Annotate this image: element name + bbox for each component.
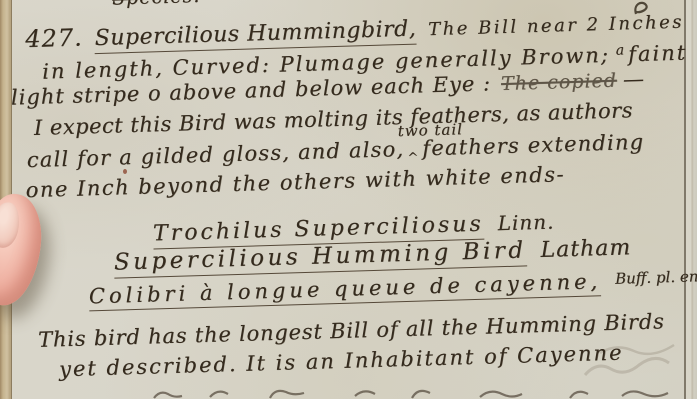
note-line-2-start: call for a gilded gloss, and also,	[26, 137, 404, 172]
buffon-citation: Buff. pl. enl. 600	[615, 266, 697, 288]
cutoff-pen-stroke	[626, 0, 668, 15]
manuscript-page: Species. 427.Supercilious Hummingbird,Th…	[0, 0, 697, 399]
inserted-words: two tail	[398, 122, 464, 139]
pen-dash: —	[623, 67, 646, 92]
title-note: The Bill near 2 Inches	[428, 12, 684, 41]
struck-out-catchword: Species.	[112, 0, 201, 9]
authority-latham: Latham	[540, 235, 631, 263]
entry-number: 427.	[25, 23, 83, 53]
inserted-word-a: a	[615, 42, 626, 58]
struck-out-words: The copied	[501, 70, 618, 95]
caret-mark: ^	[407, 151, 420, 166]
handwritten-text-layer: Species. 427.Supercilious Hummingbird,Th…	[0, 0, 697, 399]
partial-line-cutoff	[150, 384, 680, 399]
fingernail	[0, 199, 23, 250]
description-line-1-end: faint	[628, 41, 688, 67]
species-title: Supercilious Hummingbird,	[94, 17, 416, 55]
ink-speck	[123, 169, 127, 174]
authority-linn: Linn.	[497, 210, 554, 236]
insertion-two-tail: two tail^	[404, 138, 423, 165]
